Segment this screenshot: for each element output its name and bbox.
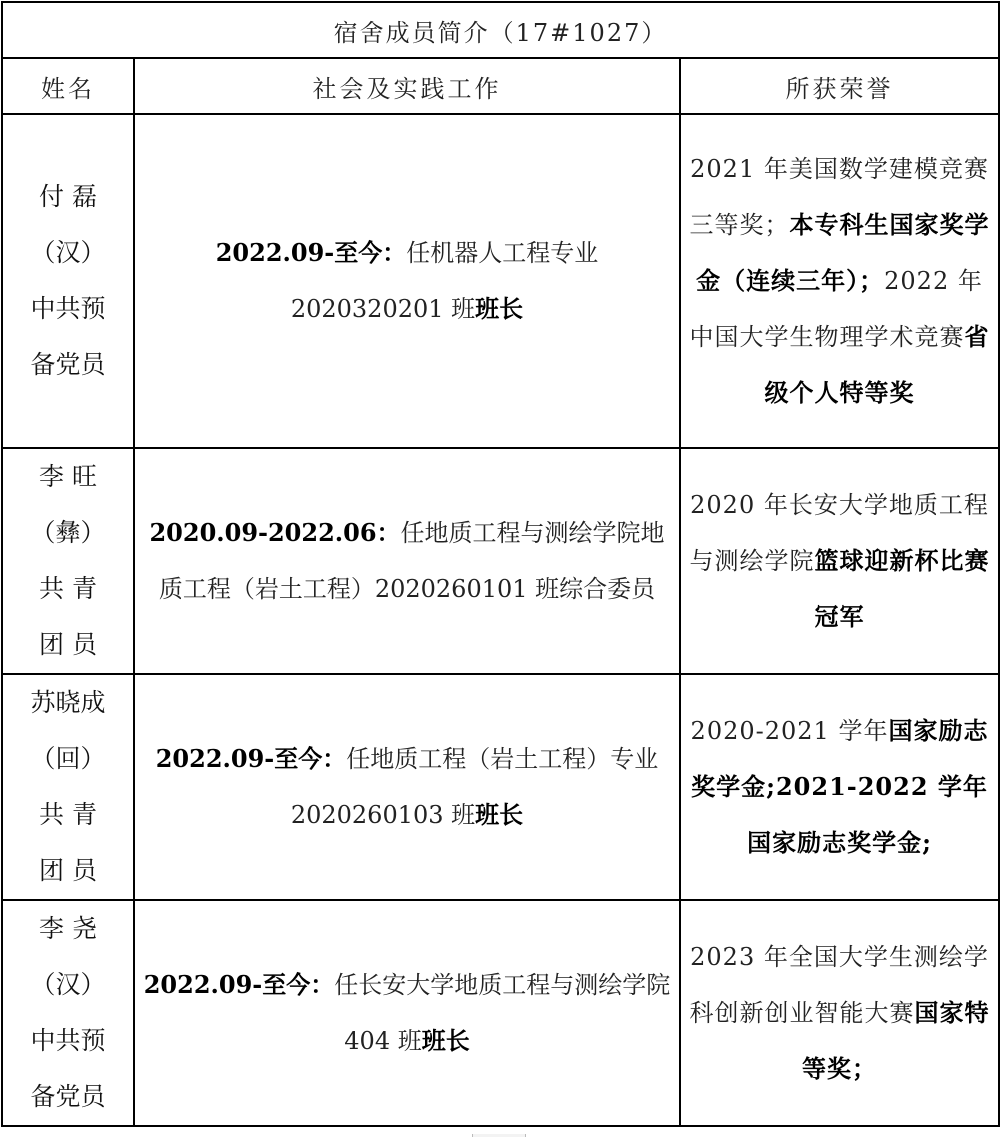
member-political-status: 共 青 — [3, 561, 133, 617]
work-role: 班长 — [475, 294, 523, 323]
dorm-members-table: 宿舍成员简介（17#1027） 姓名 社会及实践工作 所获荣誉 付 磊 （汉） … — [1, 1, 1000, 1127]
work-desc-cont: 2020320201 班 — [291, 295, 475, 323]
title-row: 宿舍成员简介（17#1027） — [2, 2, 999, 58]
table-row: 李 尧 （汉） 中共预 备党员 2022.09-至今：任长安大学地质工程与测绘学… — [2, 900, 999, 1126]
honor-text: 2020-2021 学年 — [691, 717, 889, 745]
member-ethnicity: （汉） — [3, 957, 133, 1013]
work-period: 2022.09-至今： — [216, 238, 407, 267]
table-row: 付 磊 （汉） 中共预 备党员 2022.09-至今：任机器人工程专业 2020… — [2, 114, 999, 448]
member-name: 李 尧 — [3, 901, 133, 957]
member-political-status: 中共预 — [3, 281, 133, 337]
member-political-status: 中共预 — [3, 1013, 133, 1069]
member-work-cell: 2022.09-至今：任长安大学地质工程与测绘学院 404 班班长 — [134, 900, 680, 1126]
member-ethnicity: （回） — [3, 731, 133, 787]
work-period: 2022.09-至今： — [144, 970, 335, 999]
work-role: 班长 — [422, 1026, 470, 1055]
member-name: 付 磊 — [3, 169, 133, 225]
work-desc: 任机器人工程专业 — [406, 239, 598, 267]
member-honors-cell: 2023 年全国大学生测绘学科创新创业智能大赛国家特等奖； — [680, 900, 999, 1126]
member-work-cell: 2020.09-2022.06：任地质工程与测绘学院地质工程（岩土工程）2020… — [134, 448, 680, 674]
member-name-cell: 李 旺 （彝） 共 青 团 员 — [2, 448, 134, 674]
member-political-status-cont: 团 员 — [3, 617, 133, 673]
member-name-cell: 李 尧 （汉） 中共预 备党员 — [2, 900, 134, 1126]
header-row: 姓名 社会及实践工作 所获荣誉 — [2, 58, 999, 114]
table-row: 苏晓成 （回） 共 青 团 员 2022.09-至今：任地质工程（岩土工程）专业… — [2, 674, 999, 900]
work-desc: 任长安大学地质工程与测绘学院 404 班 — [334, 971, 670, 1055]
member-work-cell: 2022.09-至今：任机器人工程专业 2020320201 班班长 — [134, 114, 680, 448]
header-honors: 所获荣誉 — [680, 58, 999, 114]
member-ethnicity: （汉） — [3, 225, 133, 281]
member-political-status-cont: 备党员 — [3, 337, 133, 393]
header-name: 姓名 — [2, 58, 134, 114]
work-role: 班长 — [475, 800, 523, 829]
table-row: 李 旺 （彝） 共 青 团 员 2020.09-2022.06：任地质工程与测绘… — [2, 448, 999, 674]
member-ethnicity: （彝） — [3, 505, 133, 561]
member-name: 李 旺 — [3, 449, 133, 505]
honor-highlight: 篮球迎新杯比赛冠军 — [815, 546, 990, 631]
header-work: 社会及实践工作 — [134, 58, 680, 114]
member-political-status-cont: 团 员 — [3, 843, 133, 899]
member-name-cell: 苏晓成 （回） 共 青 团 员 — [2, 674, 134, 900]
member-political-status: 共 青 — [3, 787, 133, 843]
work-period: 2020.09-2022.06： — [149, 518, 400, 547]
member-political-status-cont: 备党员 — [3, 1069, 133, 1125]
member-name-cell: 付 磊 （汉） 中共预 备党员 — [2, 114, 134, 448]
member-honors-cell: 2021 年美国数学建模竞赛三等奖；本专科生国家奖学金（连续三年）；2022 年… — [680, 114, 999, 448]
member-honors-cell: 2020-2021 学年国家励志奖学金;2021-2022 学年国家励志奖学金; — [680, 674, 999, 900]
table-title: 宿舍成员简介（17#1027） — [2, 2, 999, 58]
member-work-cell: 2022.09-至今：任地质工程（岩土工程）专业 2020260103 班班长 — [134, 674, 680, 900]
member-name: 苏晓成 — [3, 675, 133, 731]
member-honors-cell: 2020 年长安大学地质工程与测绘学院篮球迎新杯比赛冠军 — [680, 448, 999, 674]
work-period: 2022.09-至今： — [156, 744, 347, 773]
